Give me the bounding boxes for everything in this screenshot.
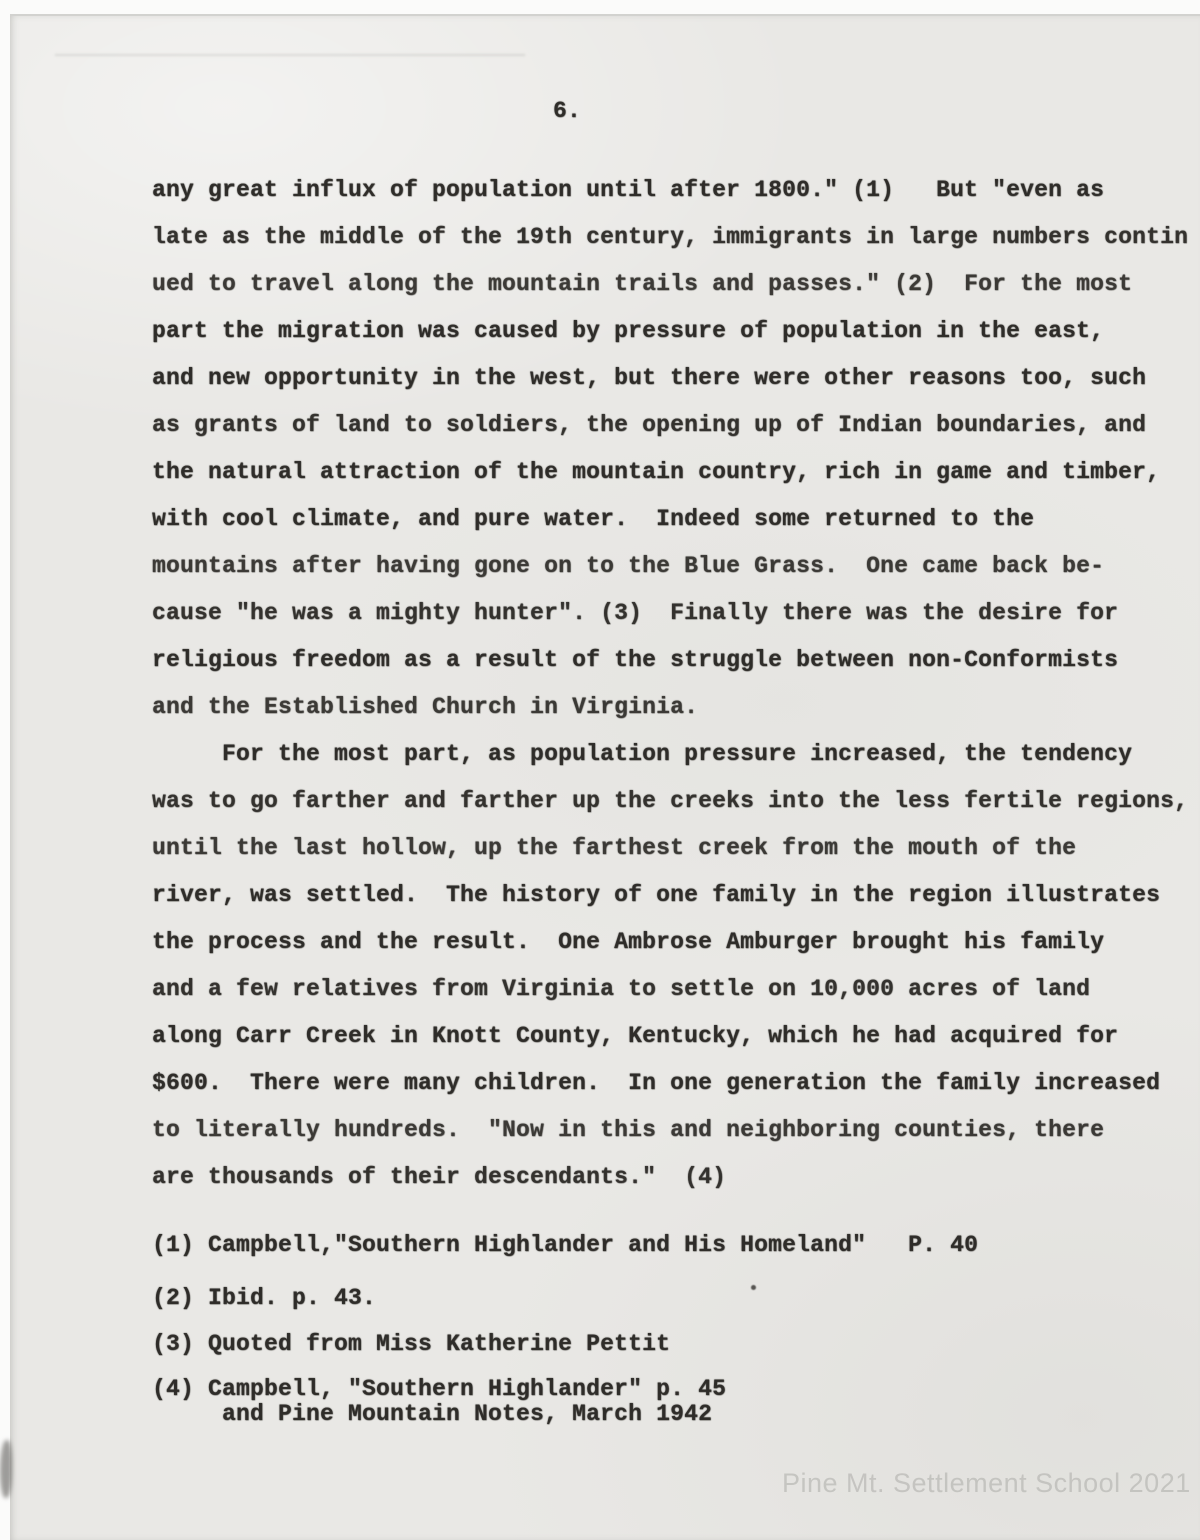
- watermark: Pine Mt. Settlement School 2021: [782, 1468, 1191, 1499]
- footnote-line: (3) Quoted from Miss Katherine Pettit: [152, 1330, 670, 1358]
- footnote-line: and Pine Mountain Notes, March 1942: [152, 1400, 712, 1428]
- body-line: until the last hollow, up the farthest c…: [152, 825, 1188, 872]
- body-line: the process and the result. One Ambrose …: [152, 919, 1188, 966]
- body-line: are thousands of their descendants." (4): [152, 1154, 1188, 1201]
- body-line: river, was settled. The history of one f…: [152, 872, 1188, 919]
- body-line: and new opportunity in the west, but the…: [152, 355, 1188, 402]
- body-line: any great influx of population until aft…: [152, 167, 1188, 214]
- body-line: and a few relatives from Virginia to set…: [152, 966, 1188, 1013]
- body-line: to literally hundreds. "Now in this and …: [152, 1107, 1188, 1154]
- body-line: cause "he was a mighty hunter". (3) Fina…: [152, 590, 1188, 637]
- footnote-line: (2) Ibid. p. 43.: [152, 1284, 376, 1312]
- body-line: part the migration was caused by pressur…: [152, 308, 1188, 355]
- body-line: was to go farther and farther up the cre…: [152, 778, 1188, 825]
- body-line: as grants of land to soldiers, the openi…: [152, 402, 1188, 449]
- body-line: with cool climate, and pure water. Indee…: [152, 496, 1188, 543]
- edge-smudge: [0, 1440, 12, 1498]
- body-line: and the Established Church in Virginia.: [152, 684, 1188, 731]
- body-text: any great influx of population until aft…: [152, 167, 1188, 1201]
- scanned-document: 6. any great influx of population until …: [0, 0, 1200, 1540]
- page-number: 6.: [553, 98, 581, 124]
- body-line: the natural attraction of the mountain c…: [152, 449, 1188, 496]
- ink-speck: [751, 1285, 756, 1290]
- body-line: along Carr Creek in Knott County, Kentuc…: [152, 1013, 1188, 1060]
- body-line: $600. There were many children. In one g…: [152, 1060, 1188, 1107]
- paper-page: 6. any great influx of population until …: [10, 14, 1200, 1540]
- body-line: mountains after having gone on to the Bl…: [152, 543, 1188, 590]
- body-line: late as the middle of the 19th century, …: [152, 214, 1188, 261]
- body-line: For the most part, as population pressur…: [152, 731, 1188, 778]
- footnote-line: (1) Campbell,"Southern Highlander and Hi…: [152, 1231, 978, 1259]
- body-line: ued to travel along the mountain trails …: [152, 261, 1188, 308]
- footnote-line: (4) Campbell, "Southern Highlander" p. 4…: [152, 1375, 726, 1403]
- paper-crease: [55, 54, 525, 56]
- body-line: religious freedom as a result of the str…: [152, 637, 1188, 684]
